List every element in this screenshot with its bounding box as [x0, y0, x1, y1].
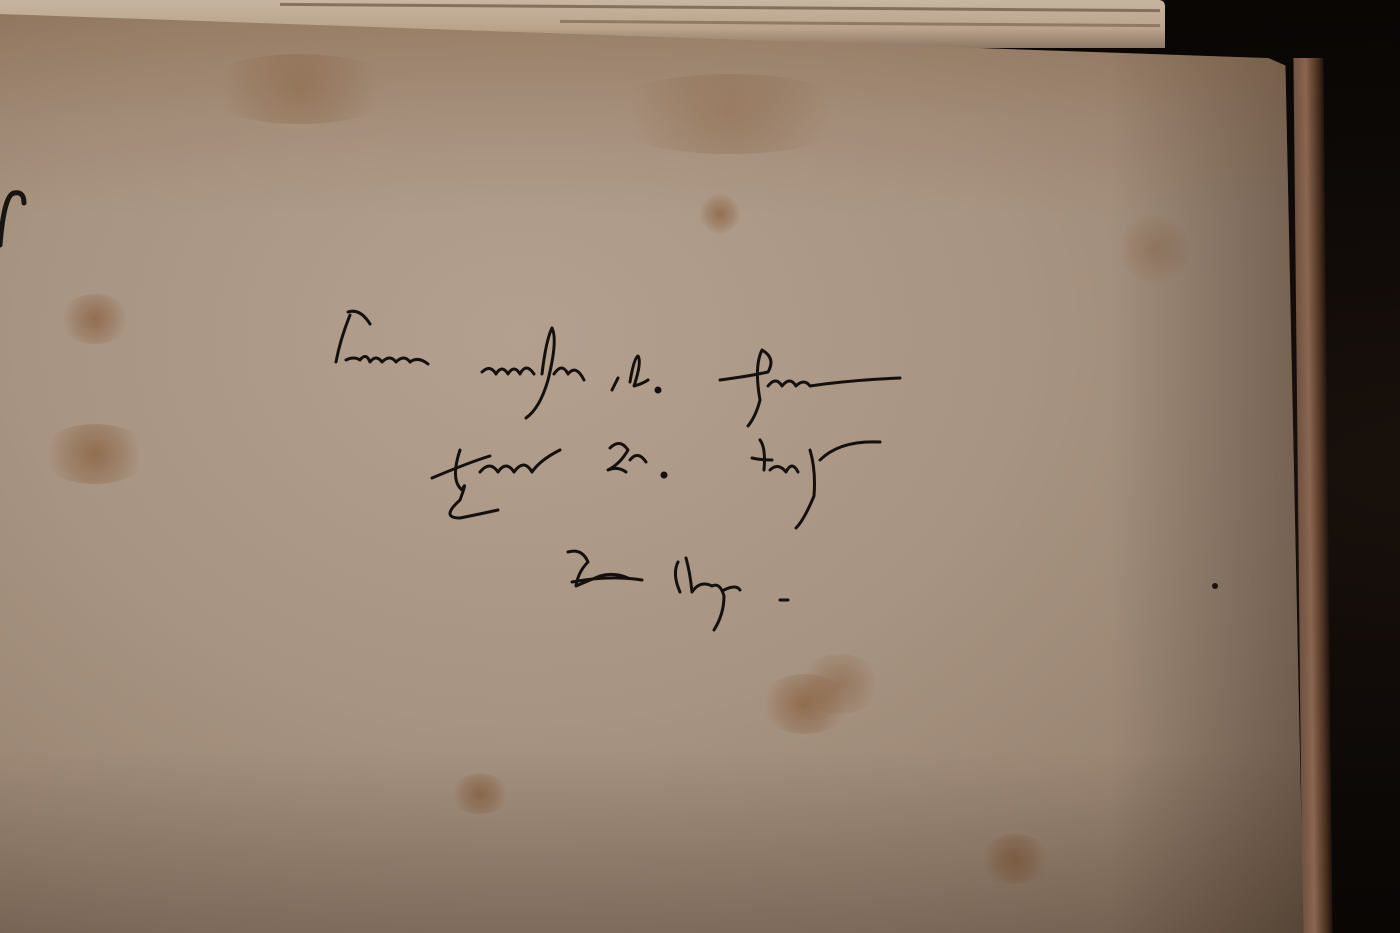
foxing-spot — [40, 424, 150, 484]
foxing-spot — [60, 294, 130, 344]
foxing-spot — [600, 74, 860, 154]
foxing-spot — [980, 834, 1050, 884]
foxing-spot — [800, 654, 880, 714]
handwritten-dedication: Seinem werthesten, l. Herrn Freund Dr. F… — [320, 300, 1000, 660]
foxing-spot — [1120, 214, 1190, 284]
foxing-spot — [700, 194, 740, 234]
foxing-spot — [200, 54, 400, 124]
foxing-spot — [450, 774, 510, 814]
page-edge-shadow — [280, 3, 1160, 12]
ink-dot — [1212, 583, 1218, 589]
handwriting-strokes — [320, 300, 1000, 660]
page-edge-shadow — [560, 20, 1160, 27]
foxing-spot — [760, 674, 850, 734]
partial-letter-stroke — [0, 185, 30, 255]
